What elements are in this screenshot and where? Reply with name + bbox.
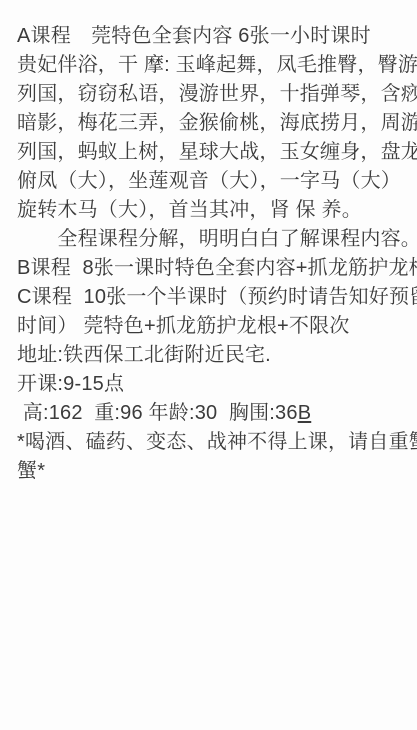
text-line-address: 地址:铁西保工北街附近民宅. (17, 341, 409, 370)
text-line-course-b-title: B课程 8张一课时特色全套内容+抓龙筋护龙根 (17, 254, 409, 283)
text-line-stats: 高:162 重:96 年龄:30 胸围:36B (17, 399, 409, 428)
text-line-warning-wrap: 蟹* (17, 457, 409, 486)
stats-cup-underlined: B (298, 402, 312, 424)
text-line: 列国，窃窃私语，漫游世界，十指弹琴，含痧 (17, 80, 409, 109)
document-body: A课程 莞特色全套内容 6张一小时课时 贵妃伴浴，干 摩: 玉峰起舞，凤毛推臀，… (0, 0, 417, 730)
text-line: 贵妃伴浴，干 摩: 玉峰起舞，凤毛推臀，臀游 (17, 51, 409, 80)
text-line: 列国，蚂蚁上树，星球大战，玉女缠身，盘龙 (17, 138, 409, 167)
stats-text: 高:162 重:96 年龄:30 胸围:36 (17, 402, 298, 424)
text-line-course-c-title: C课程 10张一个半课时（预约时请告知好预留 (17, 283, 409, 312)
text-line-course-summary: 全程课程分解，明明白白了解课程内容。 (17, 225, 409, 254)
text-line: 暗影，梅花三弄，金猴偷桃，海底捞月，周游 (17, 109, 409, 138)
text-line-hours: 开课:9-15点 (17, 370, 409, 399)
text-line: 时间） 莞特色+抓龙筋护龙根+不限次 (17, 312, 409, 341)
text-line-course-a-title: A课程 莞特色全套内容 6张一小时课时 (17, 22, 409, 51)
text-line: 俯凤（大），坐莲观音（大），一字马（大） (17, 167, 409, 196)
text-line: 旋转木马（大），首当其冲，肾 保 养。 (17, 196, 409, 225)
text-line-warning: *喝酒、磕药、变态、战神不得上课，请自重蟹 (17, 428, 409, 457)
